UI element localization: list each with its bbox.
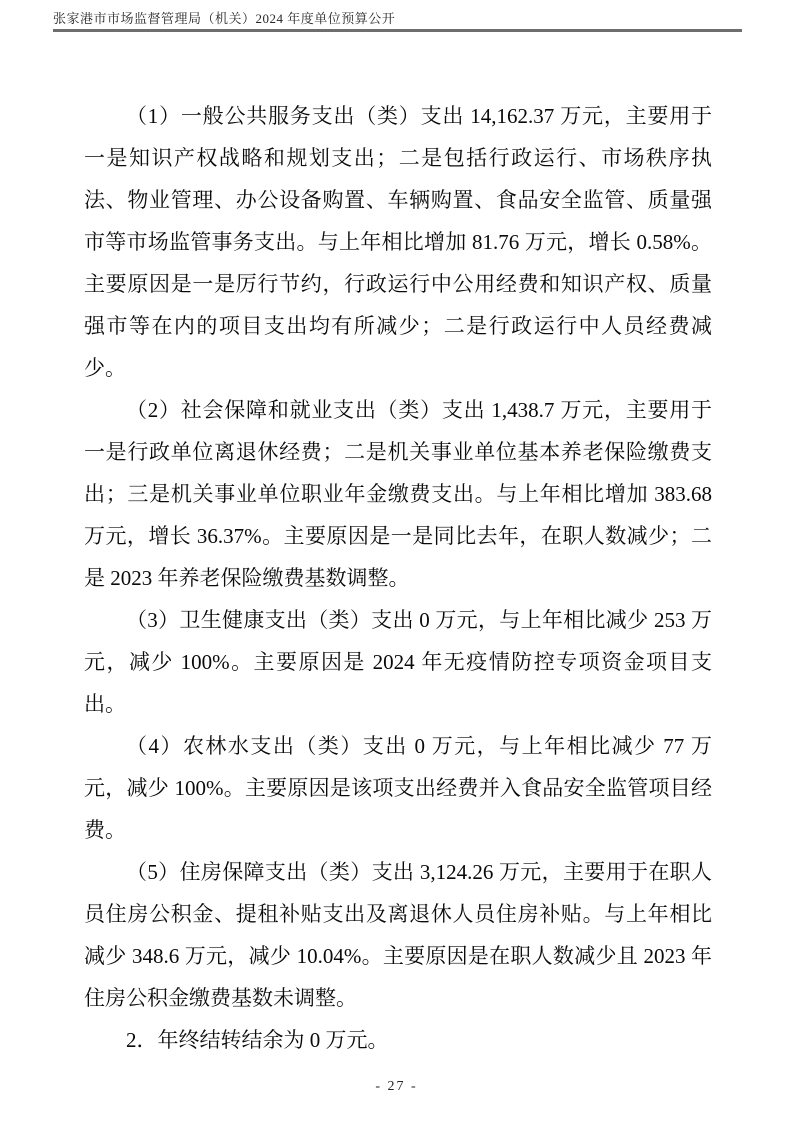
page-number: - 27 - [375, 1079, 417, 1094]
paragraph-housing-security: （5）住房保障支出（类）支出 3,124.26 万元，主要用于在职人员住房公积金… [84, 851, 712, 1019]
header-title: 张家港市市场监督管理局（机关）2024 年度单位预算公开 [53, 11, 395, 27]
paragraph-year-end-carryover: 2．年终结转结余为 0 万元。 [84, 1019, 712, 1061]
document-page: 张家港市市场监督管理局（机关）2024 年度单位预算公开 （1）一般公共服务支出… [0, 0, 793, 1122]
paragraph-social-security-employment: （2）社会保障和就业支出（类）支出 1,438.7 万元，主要用于一是行政单位离… [84, 389, 712, 599]
document-body: （1）一般公共服务支出（类）支出 14,162.37 万元，主要用于一是知识产权… [84, 95, 712, 1061]
paragraph-agriculture-forestry-water: （4）农林水支出（类）支出 0 万元，与上年相比减少 77 万元，减少 100%… [84, 725, 712, 851]
paragraph-general-public-services: （1）一般公共服务支出（类）支出 14,162.37 万元，主要用于一是知识产权… [84, 95, 712, 389]
header-rule [53, 29, 742, 32]
paragraph-health: （3）卫生健康支出（类）支出 0 万元，与上年相比减少 253 万元，减少 10… [84, 599, 712, 725]
page-footer: - 27 - [0, 1078, 793, 1096]
